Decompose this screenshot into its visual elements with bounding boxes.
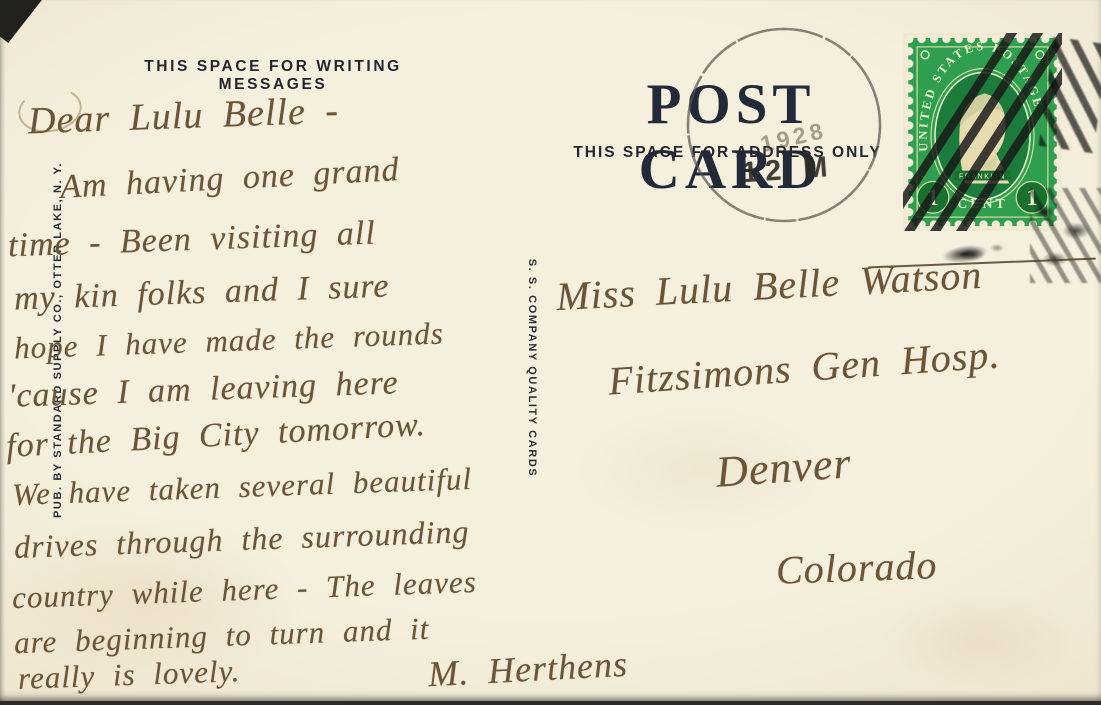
ink-smudge xyxy=(1030,188,1101,283)
address-city: Denver xyxy=(714,437,853,497)
writing-space-header: THIS SPACE FOR WRITING MESSAGES xyxy=(108,58,438,94)
message-line: 'cause I am leaving here xyxy=(7,364,399,416)
message-salutation: Dear Lulu Belle - xyxy=(27,89,339,144)
message-line: We have taken several beautiful xyxy=(12,461,473,513)
message-line: hope I have made the rounds xyxy=(14,316,445,367)
scan-corner-shadow xyxy=(0,0,45,43)
publisher-imprint-center: S. S. COMPANY QUALITY CARDS xyxy=(526,243,538,493)
address-institution: Fitzsimons Gen Hosp. xyxy=(607,330,1002,404)
message-signature: M. Herthens xyxy=(427,643,629,695)
message-line: for the Big City tomorrow. xyxy=(5,406,426,466)
message-line: country while here - The leaves xyxy=(12,564,478,616)
postcard-scan: THIS SPACE FOR WRITING MESSAGES POST CAR… xyxy=(0,0,1101,705)
postmark-time: 12 M xyxy=(741,151,836,190)
message-line: drives through the surrounding xyxy=(13,513,470,566)
message-line: Am having one grand xyxy=(59,151,400,207)
message-line: my kin folks and I sure xyxy=(13,267,390,318)
postcard-back: THIS SPACE FOR WRITING MESSAGES POST CAR… xyxy=(0,0,1101,701)
address-recipient: Miss Lulu Belle Watson xyxy=(555,251,983,320)
message-line: really is lovely. xyxy=(17,653,241,697)
address-state: Colorado xyxy=(775,541,938,594)
